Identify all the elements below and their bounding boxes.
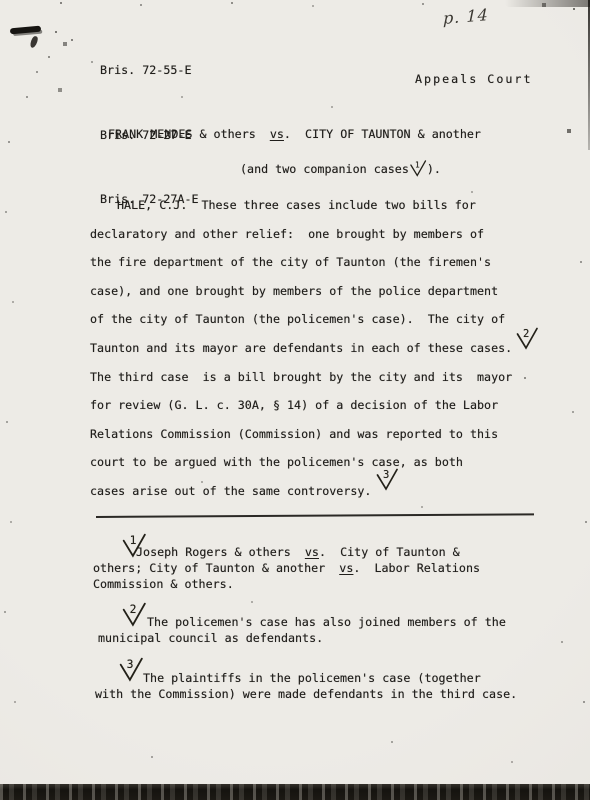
opinion-line: declaratory and other relief: one brough… <box>90 220 512 249</box>
svg-text:1: 1 <box>415 160 420 169</box>
footnote-text: . City of Taunton & <box>319 545 460 559</box>
scan-edge-top-right <box>505 0 590 7</box>
companion-cases-line: (and two companion cases1). <box>240 157 441 179</box>
footnote-1-line: Commission & others. <box>93 577 234 591</box>
footnote-separator-rule <box>96 513 534 517</box>
footnote-3-line: with the Commission) were made defendant… <box>95 687 517 701</box>
vs-underlined: vs <box>270 127 284 141</box>
court-name: Appeals Court <box>415 72 532 86</box>
footnote-2-line: The policemen's case has also joined mem… <box>147 615 506 629</box>
opinion-line: the fire department of the city of Taunt… <box>90 248 512 277</box>
footnote-2-check-icon: 2 <box>514 326 540 350</box>
footnote-3-lead-check-icon: 3 <box>118 656 144 682</box>
companion-cases-text: (and two companion cases <box>240 162 409 176</box>
svg-text:3: 3 <box>127 657 134 671</box>
footnote-1-line: Joseph Rogers & others vs. City of Taunt… <box>136 545 460 559</box>
footnote-1-check-icon: 1 <box>409 157 427 179</box>
scan-edge-bottom <box>0 784 590 800</box>
opinion-line: HALE, C.J. These three cases include two… <box>90 191 512 220</box>
opinion-line: court to be argued with the policemen's … <box>90 448 512 477</box>
handwritten-page-number: p. 14 <box>443 8 489 26</box>
case-title-text: FRANK MENDES & others <box>108 127 270 141</box>
footnote-text: others; City of Taunton & another <box>93 561 339 575</box>
footnote-2-lead-check-icon: 2 <box>121 601 147 627</box>
scan-noise-specks <box>0 0 2 2</box>
opinion-line: case), and one brought by members of the… <box>90 277 512 306</box>
companion-cases-text: ). <box>427 162 441 176</box>
footnote-3-check-icon: 3 <box>374 467 400 491</box>
footnote-text: Joseph Rogers & others <box>136 545 305 559</box>
opinion-line: The third case is a bill brought by the … <box>90 363 512 392</box>
footnote-text: . Labor Relations <box>353 561 480 575</box>
case-title-text: . CITY OF TAUNTON & another <box>284 127 481 141</box>
opinion-line: of the city of Taunton (the policemen's … <box>90 305 512 334</box>
scan-smudge-top-left <box>10 26 41 35</box>
opinion-paragraph: HALE, C.J. These three cases include two… <box>90 191 512 506</box>
vs-underlined: vs <box>305 545 319 559</box>
opinion-line: Taunton and its mayor are defendants in … <box>90 334 512 363</box>
footnote-1-line: others; City of Taunton & another vs. La… <box>93 561 480 575</box>
opinion-line: Relations Commission (Commission) and wa… <box>90 420 512 449</box>
svg-text:2: 2 <box>130 602 137 616</box>
vs-underlined: vs <box>339 561 353 575</box>
case-title: FRANK MENDES & others vs. CITY OF TAUNTO… <box>108 127 481 141</box>
svg-text:2: 2 <box>523 328 529 340</box>
footnote-2-line: municipal council as defendants. <box>98 631 323 645</box>
docket-number: Bris. 72-55-E <box>100 60 199 82</box>
scanned-court-opinion-page: p. 14 Bris. 72-55-E Bris. 72-27-E Bris. … <box>0 0 590 800</box>
svg-text:3: 3 <box>383 469 389 481</box>
opinion-line: cases arise out of the same controversy. <box>90 477 512 506</box>
scan-smudge-blob <box>29 35 38 48</box>
footnote-3-line: The plaintiffs in the policemen's case (… <box>143 671 481 685</box>
opinion-line: for review (G. L. c. 30A, § 14) of a dec… <box>90 391 512 420</box>
